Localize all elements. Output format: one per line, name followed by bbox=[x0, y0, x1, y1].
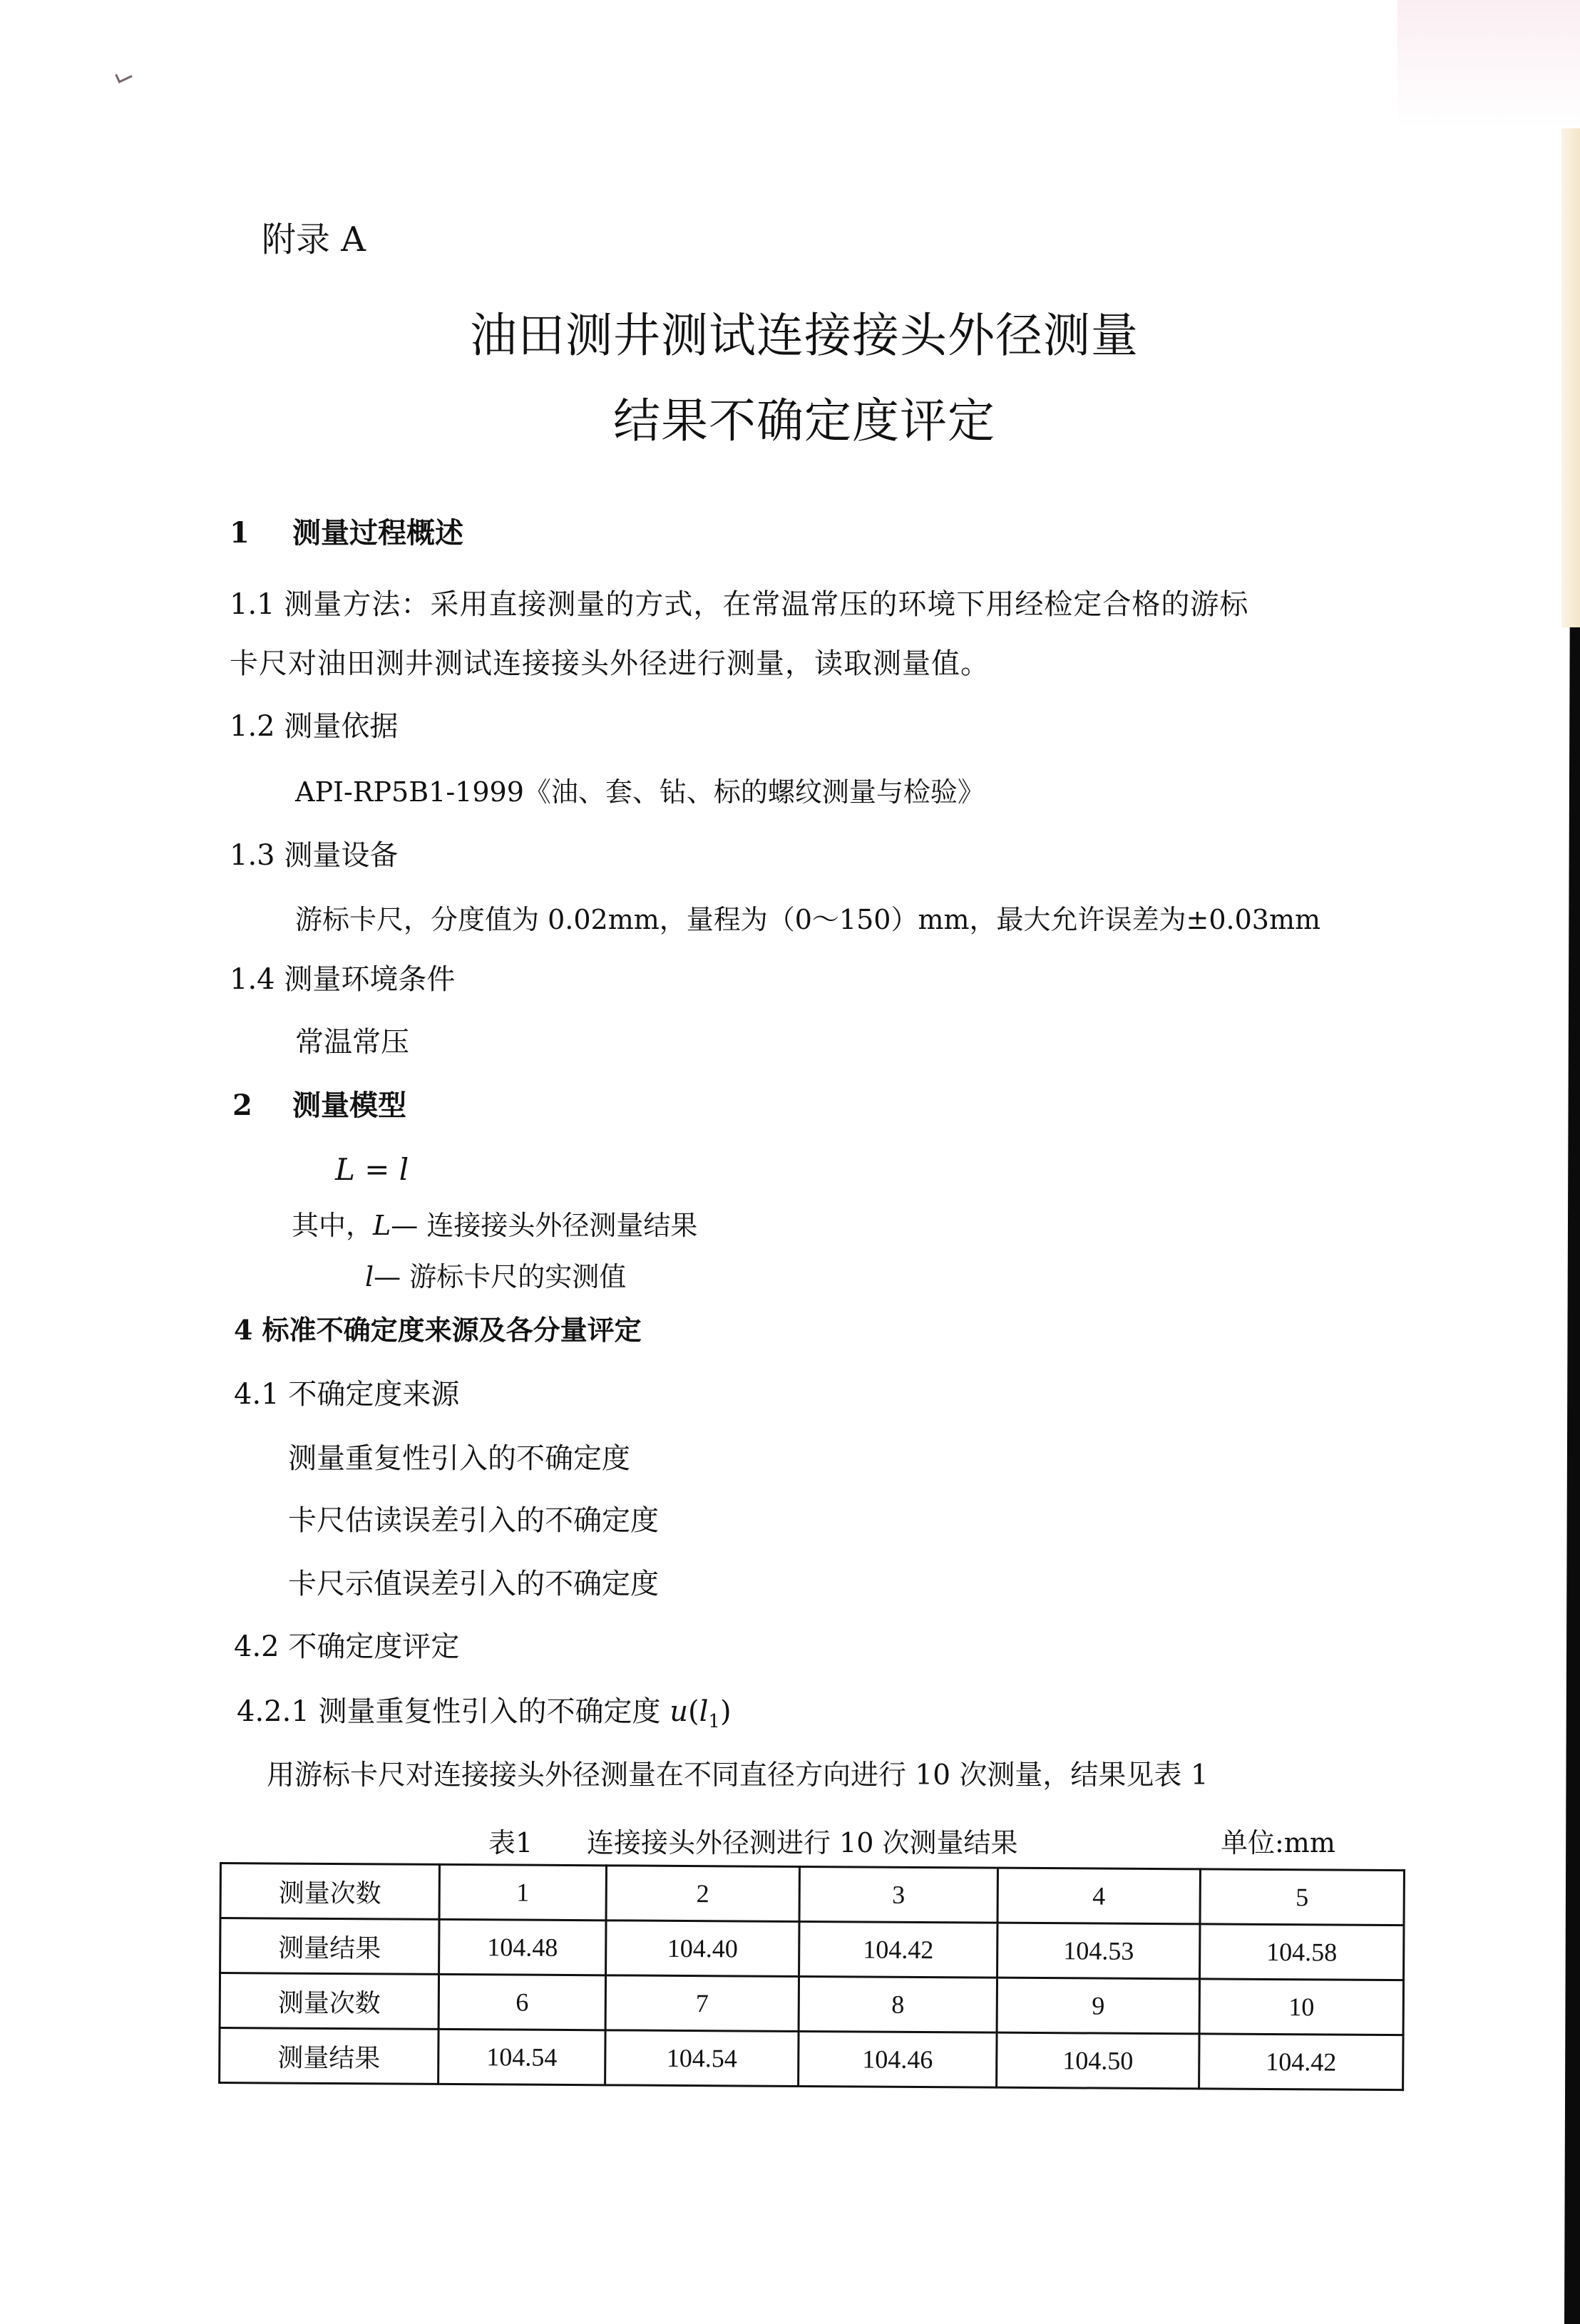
symbol-l: l bbox=[699, 1695, 709, 1728]
section-title: 测量过程概述 bbox=[292, 516, 463, 550]
table-cell: 10 bbox=[1199, 1979, 1403, 2035]
uncertainty-source-item: 测量重复性引入的不确定度 bbox=[288, 1444, 630, 1473]
uncertainty-symbol: u(l1) bbox=[670, 1695, 731, 1728]
table-row: 测量结果 104.54 104.54 104.46 104.50 104.42 bbox=[220, 2028, 1403, 2090]
section-number: 1.2 bbox=[230, 710, 275, 743]
table-cell: 3 bbox=[799, 1866, 997, 1923]
section-title: 测量设备 bbox=[284, 839, 398, 872]
row-label: 测量次数 bbox=[220, 1973, 438, 2030]
standard-reference: API-RP5B1-1999《油、套、钻、标的螺纹测量与检验》 bbox=[295, 778, 985, 806]
table-cell: 8 bbox=[799, 1976, 997, 2032]
section-1-4-heading: 1.4 测量环境条件 bbox=[230, 965, 455, 994]
variable-description: — 游标卡尺的实测值 bbox=[374, 1261, 626, 1292]
equipment-description: 游标卡尺，分度值为 0.02mm，量程为（0～150）mm，最大允许误差为±0.… bbox=[295, 906, 1320, 933]
section-4-heading: 4 标准不确定度来源及各分量评定 bbox=[234, 1317, 642, 1344]
table-cell: 104.40 bbox=[606, 1921, 799, 1977]
paragraph-text: 测量方法：采用直接测量的方式，在常温常压的环境下用经检定合格的游标 bbox=[284, 588, 1248, 621]
section-number: 4.2.1 bbox=[237, 1695, 309, 1728]
section-1-3-heading: 1.3 测量设备 bbox=[230, 841, 398, 870]
table-cell: 6 bbox=[438, 1974, 605, 2030]
table-cell: 9 bbox=[997, 1978, 1199, 2034]
measurement-results-table: 测量次数 1 2 3 4 5 测量结果 104.48 104.40 104.42… bbox=[218, 1862, 1405, 2091]
section-4-1-heading: 4.1 不确定度来源 bbox=[234, 1380, 459, 1409]
variable-symbol: l bbox=[365, 1261, 374, 1292]
section-1-2-heading: 1.2 测量依据 bbox=[230, 712, 398, 741]
uncertainty-source-item: 卡尺估读误差引入的不确定度 bbox=[288, 1506, 659, 1535]
symbol-u: u bbox=[670, 1695, 688, 1728]
section-4-2-1-heading: 4.2.1 测量重复性引入的不确定度 u(l1) bbox=[237, 1697, 732, 1731]
document-title-line1: 油田测井测试连接接头外径测量 bbox=[0, 312, 1580, 359]
section-number: 2 bbox=[232, 1091, 292, 1120]
table-cell: 104.50 bbox=[997, 2032, 1199, 2089]
section-4-2-heading: 4.2 不确定度评定 bbox=[234, 1633, 459, 1661]
section-title: 测量环境条件 bbox=[284, 963, 455, 996]
row-label: 测量次数 bbox=[220, 1863, 439, 1920]
uncertainty-source-item: 卡尺示值误差引入的不确定度 bbox=[288, 1570, 659, 1598]
table-row: 测量次数 6 7 8 9 10 bbox=[220, 1973, 1403, 2035]
table-cell: 104.46 bbox=[799, 2031, 997, 2087]
section-number: 1.3 bbox=[230, 839, 275, 872]
appendix-label: 附录 A bbox=[262, 222, 366, 257]
table-cell: 104.42 bbox=[1199, 2034, 1403, 2090]
section-number: 1.1 bbox=[230, 588, 275, 621]
table-cell: 104.58 bbox=[1200, 1924, 1404, 1980]
section-number: 1 bbox=[230, 519, 292, 547]
section-title: 不确定度来源 bbox=[288, 1378, 459, 1411]
section-title: 测量重复性引入的不确定度 bbox=[319, 1695, 661, 1728]
row-label: 测量结果 bbox=[220, 1918, 439, 1975]
section-1-1-line1: 1.1 测量方法：采用直接测量的方式，在常温常压的环境下用经检定合格的游标 bbox=[230, 590, 1248, 619]
document-title-line2: 结果不确定度评定 bbox=[0, 398, 1580, 445]
section-1-heading: 1测量过程概述 bbox=[230, 519, 463, 547]
section-1-1-line2: 卡尺对油田测井测试连接接头外径进行测量，读取测量值。 bbox=[230, 649, 990, 678]
measurement-model-formula: L = l bbox=[335, 1155, 409, 1185]
table-caption-number: 表1 bbox=[488, 1829, 533, 1856]
section-number: 1.4 bbox=[230, 963, 275, 996]
table-cell: 2 bbox=[606, 1866, 799, 1922]
table-cell: 104.48 bbox=[439, 1919, 606, 1975]
symbol-paren: ( bbox=[688, 1695, 699, 1728]
table-cell: 1 bbox=[439, 1864, 606, 1920]
table-unit: 单位:mm bbox=[1221, 1829, 1335, 1856]
table-cell: 104.53 bbox=[997, 1923, 1200, 1979]
pen-check-mark bbox=[115, 68, 133, 83]
paragraph-text: 用游标卡尺对连接接头外径测量在不同直径方向进行 10 次测量，结果见表 1 bbox=[267, 1762, 1209, 1789]
table-cell: 104.54 bbox=[438, 2029, 605, 2084]
section-number: 4.1 bbox=[234, 1378, 279, 1411]
scan-background-edge bbox=[1564, 627, 1580, 2324]
symbol-paren: ) bbox=[720, 1695, 732, 1728]
table-cell: 5 bbox=[1200, 1869, 1404, 1925]
page-edge bbox=[1561, 128, 1580, 627]
row-label: 测量结果 bbox=[220, 2028, 438, 2084]
table-cell: 7 bbox=[605, 1975, 799, 2032]
section-number: 4.2 bbox=[234, 1630, 279, 1663]
variable-definition-l: l— 游标卡尺的实测值 bbox=[365, 1263, 626, 1290]
environment-description: 常温常压 bbox=[295, 1028, 409, 1056]
variable-symbol: L bbox=[373, 1210, 391, 1241]
table-row: 测量结果 104.48 104.40 104.42 104.53 104.58 bbox=[220, 1918, 1404, 1980]
symbol-subscript: 1 bbox=[708, 1711, 720, 1732]
section-title: 测量模型 bbox=[292, 1089, 406, 1122]
section-title: 测量依据 bbox=[284, 710, 398, 743]
table-cell: 4 bbox=[997, 1868, 1200, 1924]
table-cell: 104.42 bbox=[799, 1921, 997, 1978]
table-caption-title: 连接接头外径测进行 10 次测量结果 bbox=[587, 1829, 1018, 1856]
variable-definition-L: 其中，L— 连接接头外径测量结果 bbox=[292, 1212, 697, 1239]
section-title: 不确定度评定 bbox=[288, 1630, 459, 1663]
where-prefix: 其中， bbox=[292, 1210, 373, 1241]
section-2-heading: 2测量模型 bbox=[232, 1091, 406, 1120]
scan-tint bbox=[1397, 0, 1580, 128]
variable-description: — 连接接头外径测量结果 bbox=[391, 1210, 697, 1241]
table-cell: 104.54 bbox=[605, 2030, 799, 2087]
table-row: 测量次数 1 2 3 4 5 bbox=[220, 1863, 1404, 1925]
